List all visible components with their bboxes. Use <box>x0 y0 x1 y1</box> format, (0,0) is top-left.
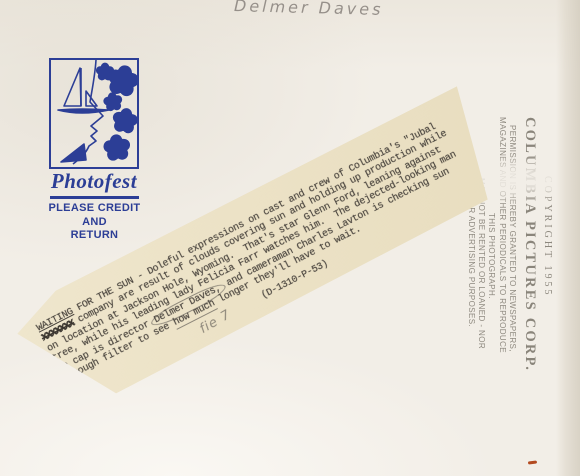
stamp-permission-line-3: THIS PHOTOGRAPH. <box>486 213 496 378</box>
photofest-logo-art <box>51 60 137 167</box>
sailboat-icon <box>64 68 81 106</box>
credit-line-3: RETURN <box>42 229 147 243</box>
stamp-permission-line-4: MAY NOT BE RENTED OR LOANED - NOR <box>476 178 486 378</box>
photo-back: Photofest PLEASE CREDIT AND RETURN Delme… <box>0 0 580 476</box>
credit-line-2: AND <box>42 216 147 230</box>
photofest-logo-box <box>49 58 139 169</box>
photo-right-edge <box>556 0 580 476</box>
handwritten-name: Delmer Daves <box>234 0 384 19</box>
stamp-copyright-line: COPYRIGHT 1955 <box>542 176 553 378</box>
photofest-credit: PLEASE CREDIT AND RETURN <box>42 202 147 243</box>
copyright-stamp: COPYRIGHT 1955 COLUMBIA PICTURES CORP. P… <box>466 112 553 378</box>
photofest-wordmark: Photofest <box>38 169 150 194</box>
credit-line-1: PLEASE CREDIT <box>42 202 147 216</box>
photofest-rule <box>50 196 139 199</box>
red-ink-mark <box>528 460 537 464</box>
